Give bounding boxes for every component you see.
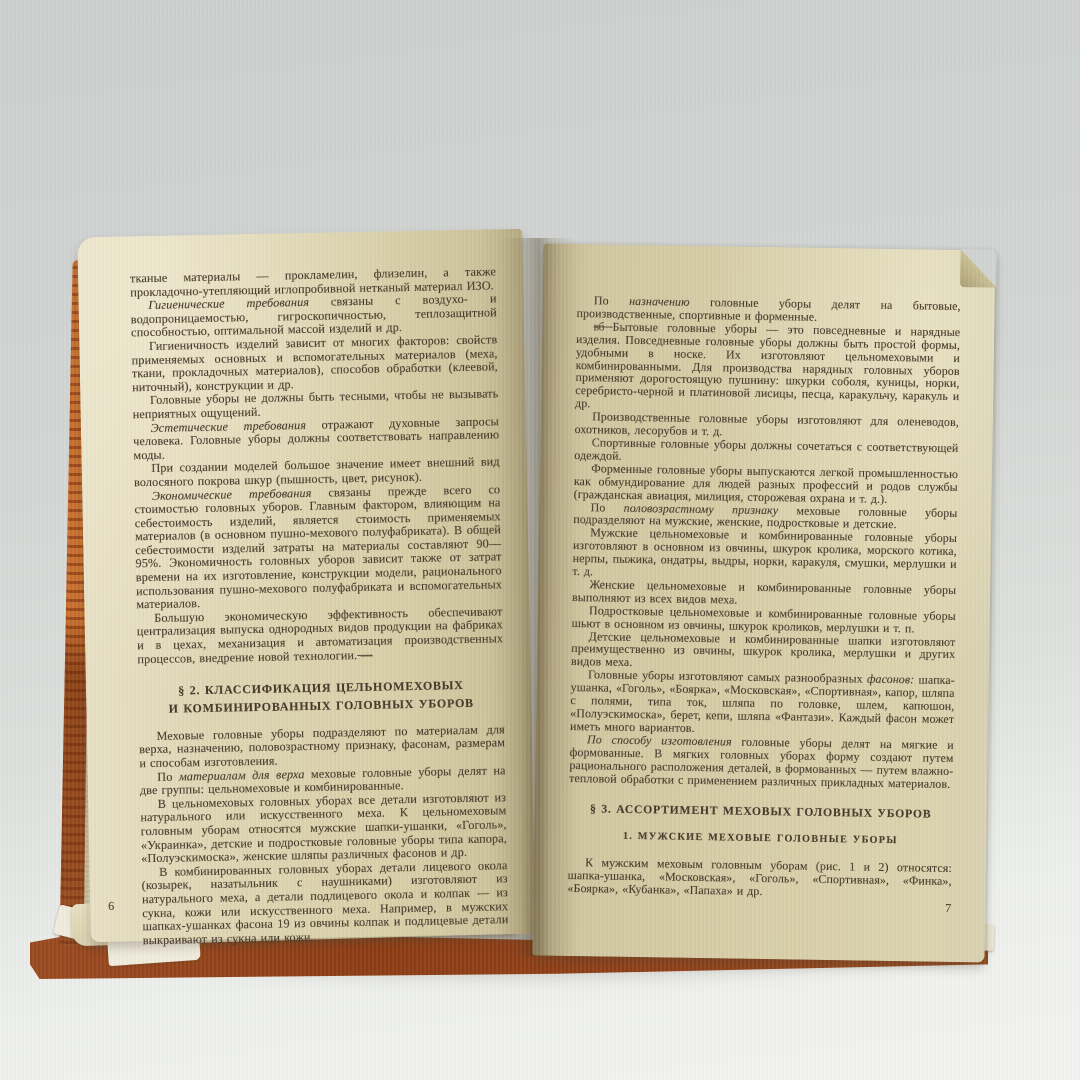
book-photo-scene: тканые материалы — прокламелин, флизелин… [0, 0, 1080, 1080]
text-run: Бытовые головные уборы — это повседневны… [575, 319, 960, 410]
sub-section-heading: 1. МУЖСКИЕ МЕХОВЫЕ ГОЛОВНЫЕ УБОРЫ [568, 830, 952, 849]
paragraph: Экономические требования связаны прежде … [134, 483, 502, 612]
paragraph: Гигиеничность изделий зависит от многих … [131, 333, 498, 394]
paragraph: В цельномеховых головных уборах все дета… [140, 791, 507, 866]
text-run: Спортивные головные уборы должны сочетат… [574, 435, 958, 462]
paragraph: Мужские цельномеховые и комбинированные … [572, 526, 957, 584]
paragraph: Головные уборы изготовляют самых разнооб… [570, 668, 955, 739]
text-run: Производственные головные уборы изготовл… [575, 409, 959, 438]
paragraph: По способу изготовления головные уборы д… [569, 733, 954, 791]
right-page: По назначению головные уборы делят на бы… [532, 243, 995, 962]
text-run: Форменные головные уборы выпускаются лег… [574, 461, 959, 505]
text-run: Мужские цельномеховые и комбинированные … [572, 526, 957, 579]
paragraph: В комбинированных головных уборах детали… [141, 859, 508, 948]
text-run: связаны прежде всего со стоимостью голов… [134, 482, 502, 612]
text-run: В цельномеховых головных уборах все дета… [140, 790, 507, 865]
folded-corner [960, 249, 997, 288]
right-page-text: По назначению головные уборы делят на бы… [533, 243, 995, 901]
paragraph: вб Бытовые головные уборы — это повседне… [575, 320, 960, 416]
section-heading: § 2. КЛАССИФИКАЦИЯ ЦЕЛЬНОМЕХОВЫХ И КОМБИ… [144, 677, 499, 718]
text-run: Гигиеничность изделий зависит от многих … [132, 332, 498, 394]
left-page: тканые материалы — прокламелин, флизелин… [77, 229, 535, 942]
right-page-number: 7 [945, 901, 951, 916]
text-run: Большую экономическую эффективность обес… [137, 604, 503, 666]
ink-mark: — [357, 647, 372, 661]
ink-mark: вб [593, 319, 612, 333]
text-run: Женские цельномеховые и комбинированные … [572, 577, 956, 606]
section-heading: § 3. АССОРТИМЕНТ МЕХОВЫХ ГОЛОВНЫХ УБОРОВ [575, 801, 947, 824]
left-page-number: 6 [108, 899, 114, 914]
text-run: По [157, 769, 179, 783]
paragraph: К мужским меховым головным уборам (рис. … [567, 856, 952, 901]
paragraph: Большую экономическую эффективность обес… [136, 605, 503, 666]
left-page-text: тканые материалы — прокламелин, флизелин… [77, 229, 536, 949]
text-run: Детские цельномеховые и комбинированные … [571, 629, 956, 670]
text-run: К мужским меховым головным уборам (рис. … [567, 855, 952, 898]
text-run: В комбинированных головных уборах детали… [142, 858, 509, 947]
